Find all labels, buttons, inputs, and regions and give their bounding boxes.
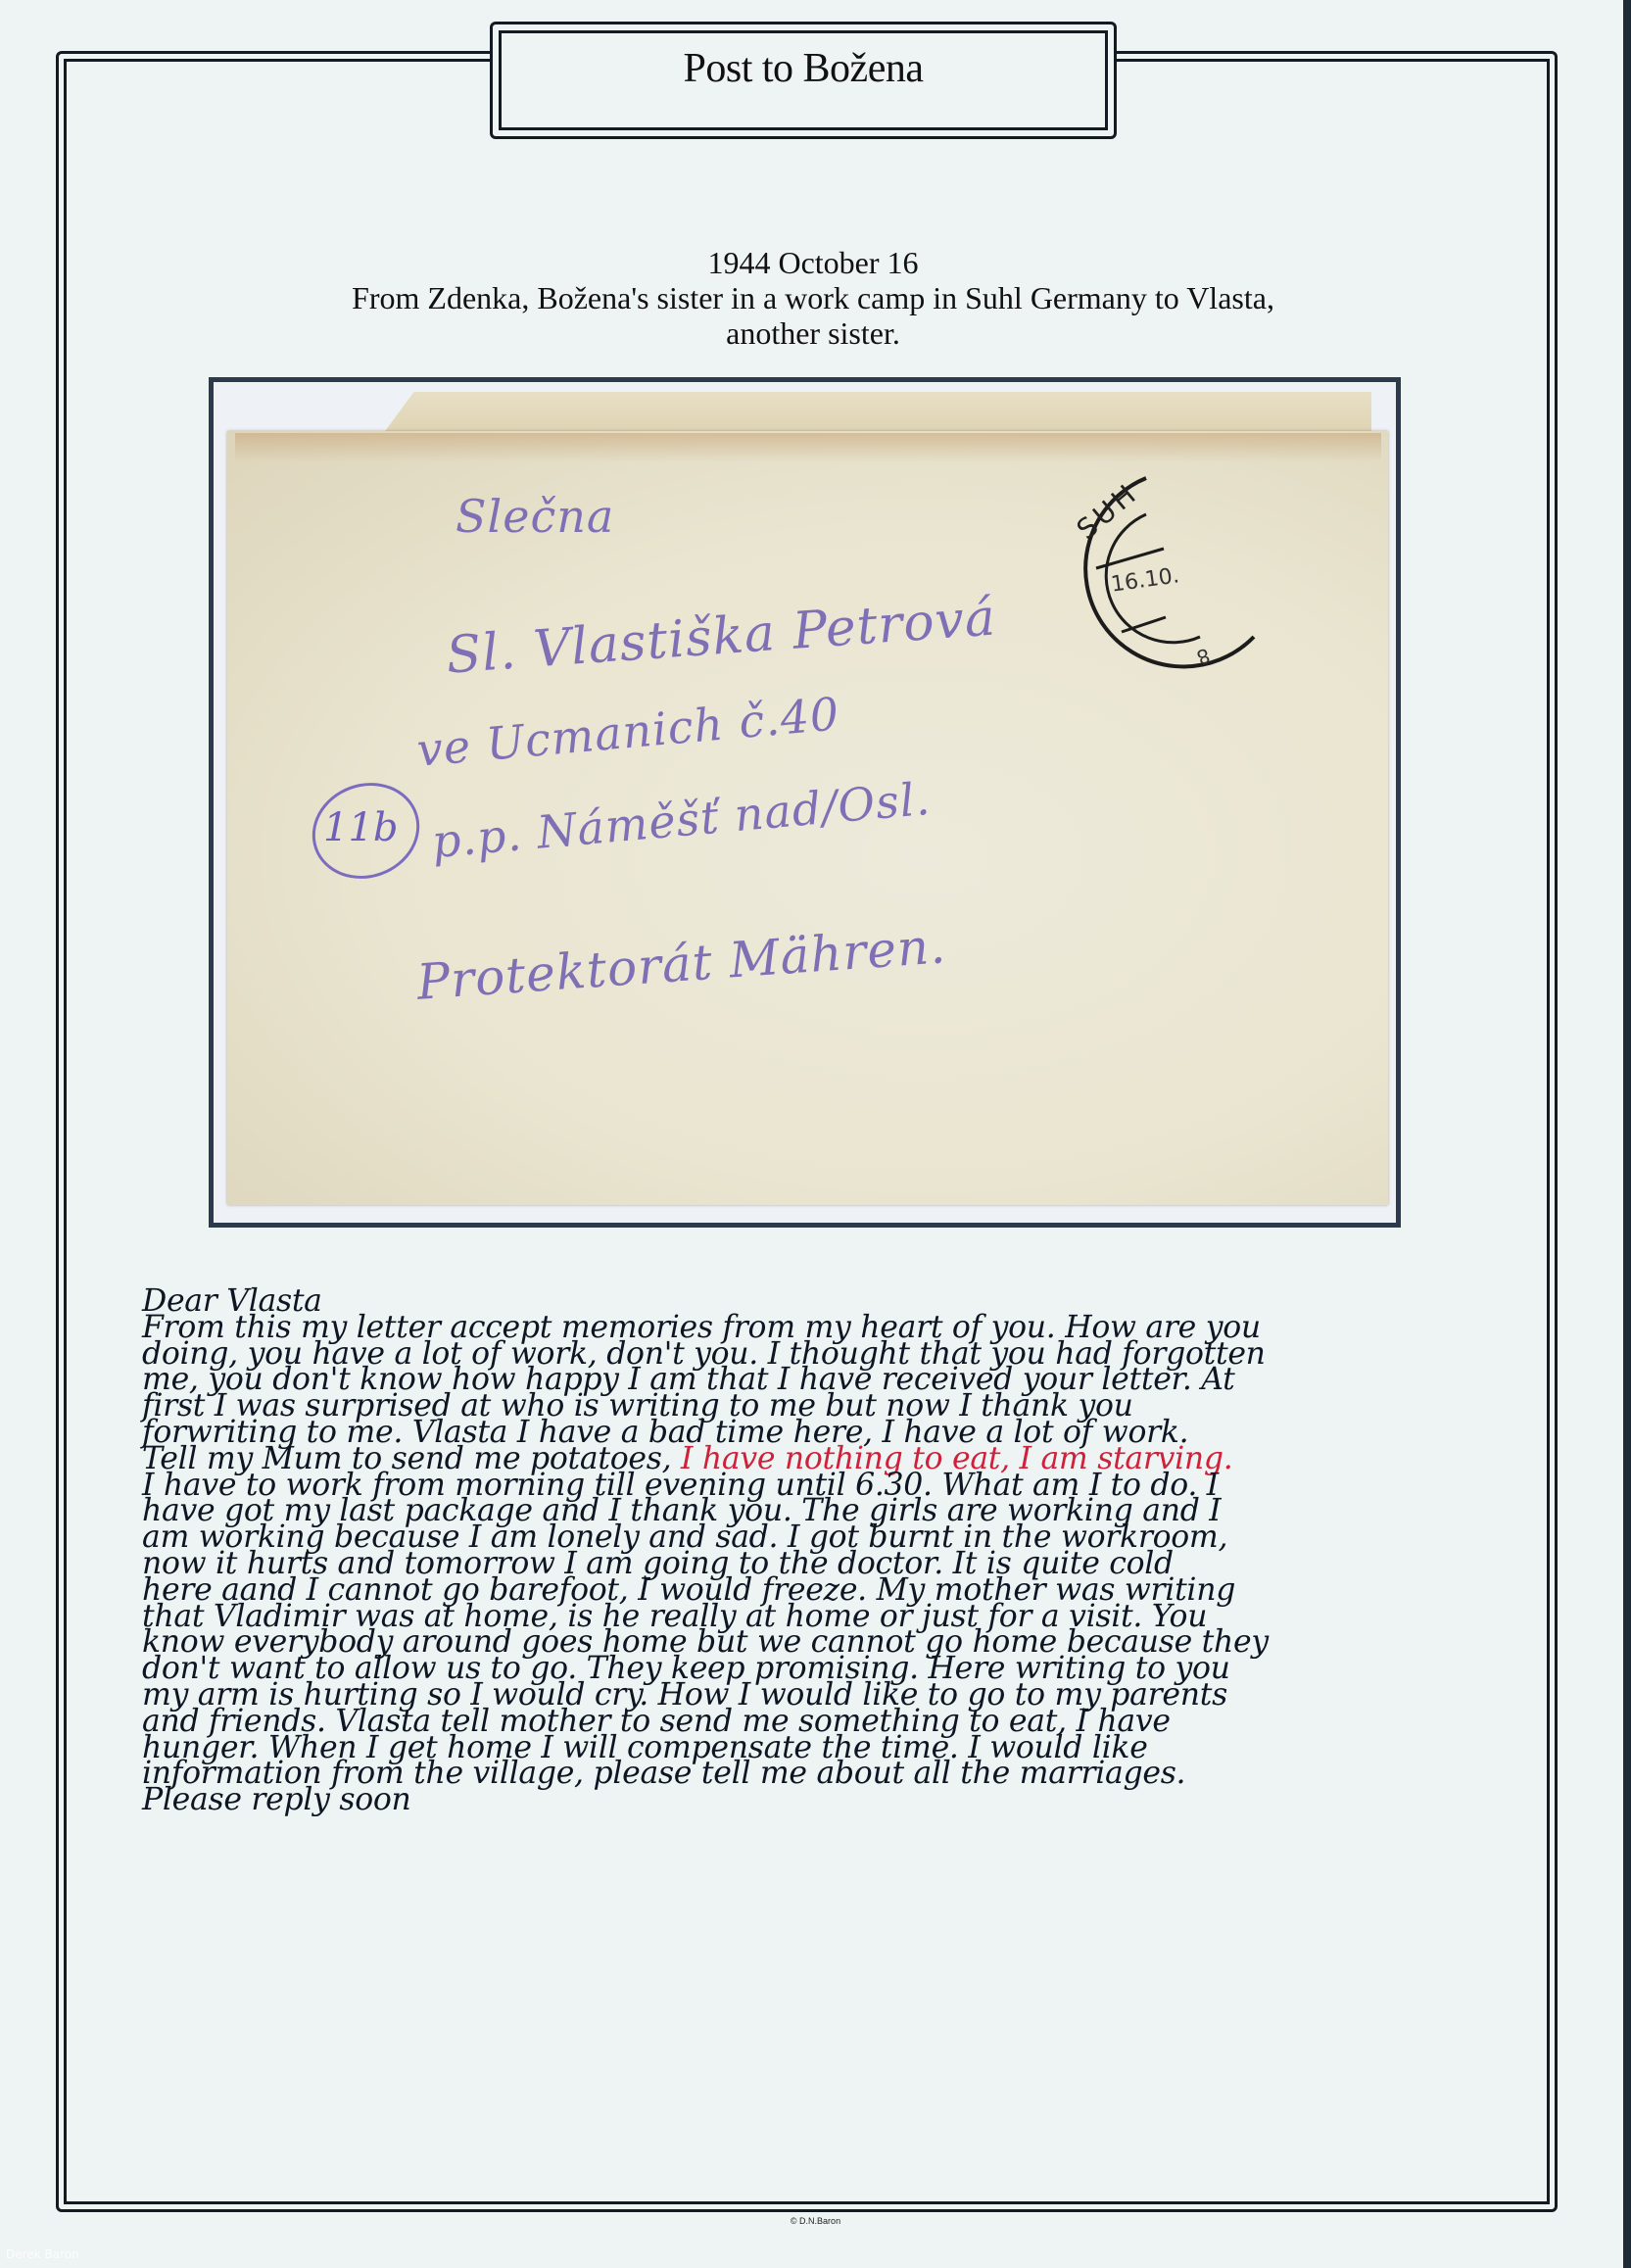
watermark: Derek Baron: [6, 2247, 79, 2261]
caption-description: From Zdenka, Božena's sister in a work c…: [118, 280, 1509, 315]
scan-edge: [1623, 0, 1631, 2268]
circled-mark: 11b: [323, 805, 399, 850]
page-title: Post to Božena: [499, 45, 1108, 92]
envelope-stain: [235, 433, 1381, 462]
letter-transcription: Dear Vlasta From this my letter accept m…: [142, 1288, 1513, 1813]
address-line: Slečna: [456, 490, 614, 543]
caption-description-cont: another sister.: [118, 315, 1509, 351]
caption-date: 1944 October 16: [118, 245, 1509, 280]
copyright-notice: © D.N.Baron: [0, 2216, 1631, 2226]
